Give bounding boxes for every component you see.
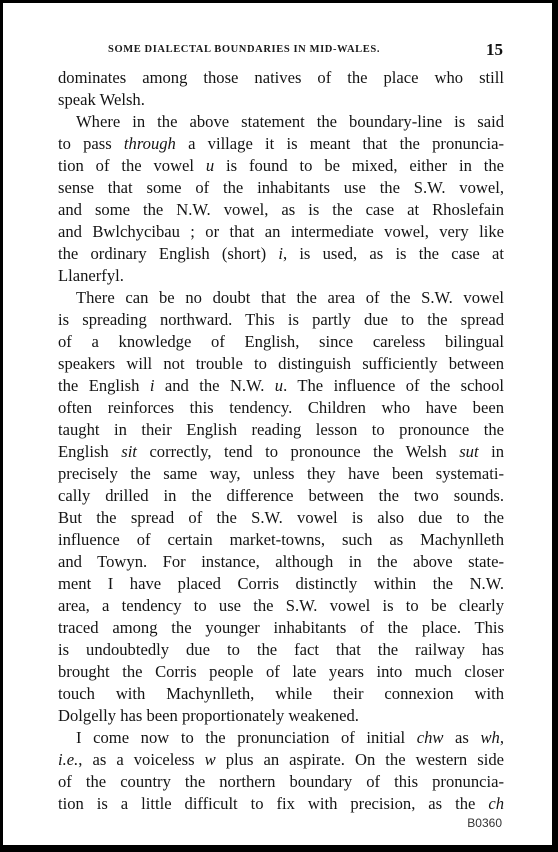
text-segment: tion of the vowel <box>58 156 206 175</box>
text-segment: cally drilled in the difference between … <box>58 486 504 505</box>
italic-term: sit <box>121 442 137 461</box>
paragraph: dominates among those natives of the pla… <box>58 67 504 111</box>
text-line: speak Welsh. <box>58 89 504 111</box>
text-segment: of a knowledge of English, since careles… <box>58 332 504 351</box>
text-line: touch with Machynlleth, while their conn… <box>58 683 504 705</box>
text-line: precisely the same way, unless they have… <box>58 463 504 485</box>
italic-term: u <box>206 156 214 175</box>
text-segment: influence of certain market-towns, such … <box>58 530 504 549</box>
italic-term: u <box>275 376 283 395</box>
text-segment: brought the Corris people of late years … <box>58 662 504 681</box>
text-line: influence of certain market-towns, such … <box>58 529 504 551</box>
text-line: ment I have placed Corris distinctly wit… <box>58 573 504 595</box>
text-line: the ordinary English (short) i, is used,… <box>58 243 504 265</box>
italic-term: through <box>124 134 176 153</box>
text-segment: the English <box>58 376 150 395</box>
text-segment: sense that some of the inhabitants use t… <box>58 178 504 197</box>
text-segment: traced among the younger inhabitants of … <box>58 618 504 637</box>
text-segment: touch with Machynlleth, while their conn… <box>58 684 504 703</box>
italic-term: wh <box>480 728 499 747</box>
text-line: Dolgelly has been proportionately weaken… <box>58 705 504 727</box>
text-segment: Where in the above statement the boundar… <box>76 112 504 131</box>
text-line: cally drilled in the difference between … <box>58 485 504 507</box>
text-line: area, a tendency to use the S.W. vowel i… <box>58 595 504 617</box>
italic-term: chw <box>417 728 444 747</box>
text-segment: , is used, as is the case at <box>283 244 504 263</box>
text-segment: and Bwlchycibau ; or that an intermediat… <box>58 222 504 241</box>
text-segment: and some the N.W. vowel, as is the case … <box>58 200 504 219</box>
text-segment: to pass <box>58 134 124 153</box>
text-segment: area, a tendency to use the S.W. vowel i… <box>58 596 504 615</box>
text-segment: is found to be mixed, either in the <box>214 156 504 175</box>
italic-term: i.e. <box>58 750 78 769</box>
text-segment: in <box>479 442 504 461</box>
text-segment: Dolgelly has been proportionately weaken… <box>58 706 359 725</box>
footer-code: B0360 <box>467 816 502 830</box>
text-segment: precisely the same way, unless they have… <box>58 464 504 483</box>
text-segment: of the country the northern boundary of … <box>58 772 504 791</box>
italic-term: sut <box>459 442 478 461</box>
paragraph: There can be no doubt that the area of t… <box>58 287 504 727</box>
text-segment: as <box>443 728 480 747</box>
text-line: But the spread of the S.W. vowel is also… <box>58 507 504 529</box>
text-segment: But the spread of the S.W. vowel is also… <box>58 508 504 527</box>
running-title: SOME DIALECTAL BOUNDARIES IN MID-WALES. <box>108 44 380 55</box>
text-line: and Bwlchycibau ; or that an intermediat… <box>58 221 504 243</box>
text-line: I come now to the pronunciation of initi… <box>58 727 504 749</box>
text-segment: English <box>58 442 121 461</box>
text-line: speakers will not trouble to distinguish… <box>58 353 504 375</box>
text-line: i.e., as a voiceless w plus an aspirate.… <box>58 749 504 771</box>
text-line: brought the Corris people of late years … <box>58 661 504 683</box>
text-segment: There can be no doubt that the area of t… <box>76 288 504 307</box>
running-head: SOME DIALECTAL BOUNDARIES IN MID-WALES. … <box>58 40 503 60</box>
text-segment: speakers will not trouble to distinguish… <box>58 354 504 373</box>
text-segment: is undoubtedly due to the fact that the … <box>58 640 504 659</box>
text-segment: plus an aspirate. On the western side <box>216 750 504 769</box>
text-segment: a village it is meant that the pronuncia… <box>176 134 504 153</box>
text-segment: , as a voiceless <box>78 750 204 769</box>
text-line: of a knowledge of English, since careles… <box>58 331 504 353</box>
text-segment: Llanerfyl. <box>58 266 124 285</box>
text-line: Where in the above statement the boundar… <box>58 111 504 133</box>
body-text: dominates among those natives of the pla… <box>58 67 504 815</box>
text-segment: I come now to the pronunciation of initi… <box>76 728 417 747</box>
text-line: taught in their English reading lesson t… <box>58 419 504 441</box>
text-segment: speak Welsh. <box>58 90 145 109</box>
text-line: sense that some of the inhabitants use t… <box>58 177 504 199</box>
text-line: and some the N.W. vowel, as is the case … <box>58 199 504 221</box>
text-line: traced among the younger inhabitants of … <box>58 617 504 639</box>
text-line: the English i and the N.W. u. The influe… <box>58 375 504 397</box>
text-line: English sit correctly, tend to pronounce… <box>58 441 504 463</box>
text-line: Llanerfyl. <box>58 265 504 287</box>
text-line: dominates among those natives of the pla… <box>58 67 504 89</box>
text-segment: . The influence of the school <box>283 376 504 395</box>
text-line: tion is a little difficult to fix with p… <box>58 793 504 815</box>
text-line: to pass through a village it is meant th… <box>58 133 504 155</box>
text-segment: the ordinary English (short) <box>58 244 278 263</box>
text-segment: dominates among those natives of the pla… <box>58 68 504 87</box>
text-segment: ment I have placed Corris distinctly wit… <box>58 574 504 593</box>
text-line: There can be no doubt that the area of t… <box>58 287 504 309</box>
text-line: tion of the vowel u is found to be mixed… <box>58 155 504 177</box>
text-segment: correctly, tend to pronounce the Welsh <box>137 442 459 461</box>
text-line: and Towyn. For instance, although in the… <box>58 551 504 573</box>
text-line: is spreading northward. This is partly d… <box>58 309 504 331</box>
text-line: is undoubtedly due to the fact that the … <box>58 639 504 661</box>
text-segment: tion is a little difficult to fix with p… <box>58 794 488 813</box>
paragraph: I come now to the pronunciation of initi… <box>58 727 504 815</box>
text-segment: taught in their English reading lesson t… <box>58 420 504 439</box>
page-number: 15 <box>486 40 503 60</box>
text-line: often reinforces this tendency. Children… <box>58 397 504 419</box>
italic-term: w <box>205 750 216 769</box>
italic-term: ch <box>488 794 504 813</box>
text-segment: is spreading northward. This is partly d… <box>58 310 504 329</box>
document-page: SOME DIALECTAL BOUNDARIES IN MID-WALES. … <box>3 3 552 845</box>
text-line: of the country the northern boundary of … <box>58 771 504 793</box>
text-segment: and Towyn. For instance, although in the… <box>58 552 504 571</box>
paragraph: Where in the above statement the boundar… <box>58 111 504 287</box>
text-segment: and the N.W. <box>154 376 274 395</box>
text-segment: , <box>500 728 504 747</box>
text-segment: often reinforces this tendency. Children… <box>58 398 504 417</box>
